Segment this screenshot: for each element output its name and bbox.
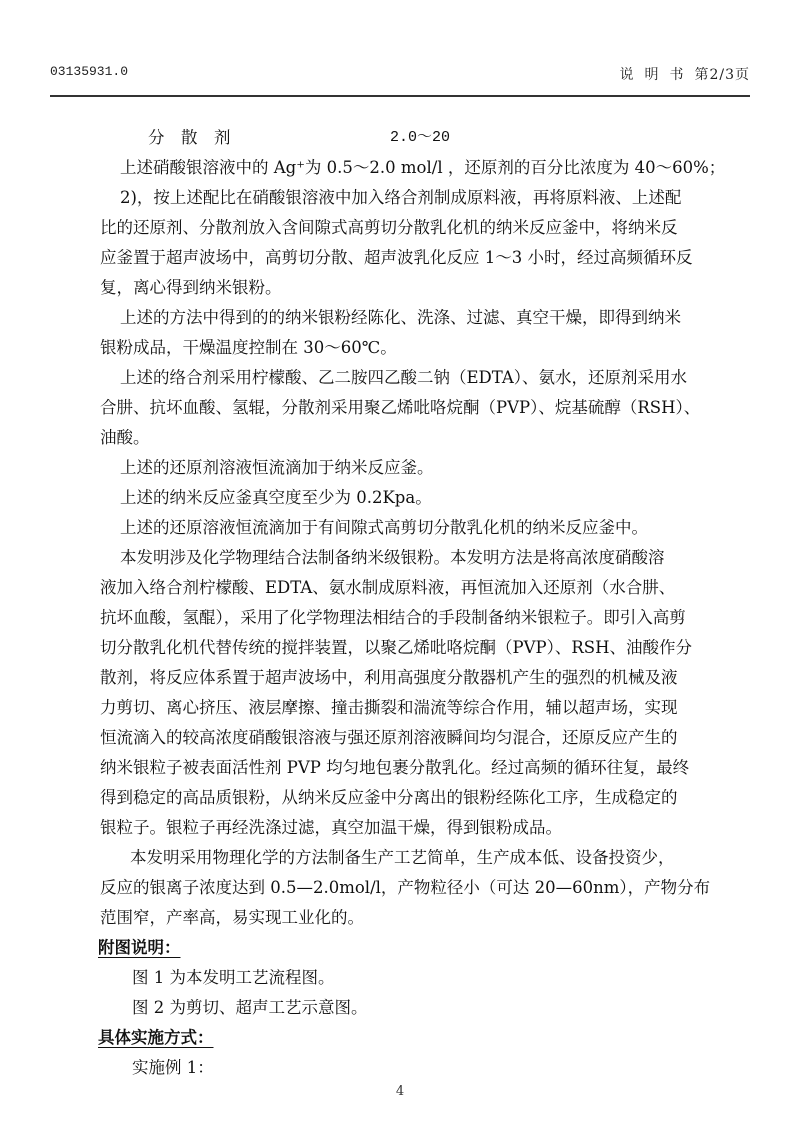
body-line: 抗坏血酸，氢醌），采用了化学物理法相结合的手段制备纳米银粒子。即引入高剪 xyxy=(100,608,686,628)
body-line: 比的还原剂、分散剂放入含间隙式高剪切分散乳化机的纳米反应釜中，将纳米反 xyxy=(100,218,678,238)
body-line: 恒流滴入的较高浓度硝酸银溶液与强还原剂溶液瞬间均匀混合，还原反应产生的 xyxy=(100,728,678,748)
page-header-label: 说明书第2/3页 xyxy=(619,64,750,84)
body-line: 范围窄，产率高，易实现工业化的。 xyxy=(100,908,364,928)
body-line: 反应的银离子浓度达到 0.5—2.0mol/l，产物粒径小（可达 20—60nm… xyxy=(100,878,710,898)
body-line: 上述的纳米反应釜真空度至少为 0.2Kpa。 xyxy=(120,488,432,508)
body-line: 本发明采用物理化学的方法制备生产工艺简单，生产成本低、设备投资少， xyxy=(130,848,675,868)
formula-value: 2.0～20 xyxy=(390,128,450,148)
body-line: 液加入络合剂柠檬酸、EDTA、氨水制成原料液，再恒流加入还原剂（水合肼、 xyxy=(100,578,675,598)
body-line: 2)，按上述配比在硝酸银溶液中加入络合剂制成原料液，再将原料液、上述配 xyxy=(120,188,681,208)
body-line: 合肼、抗坏血酸、氢辊，分散剂采用聚乙烯吡咯烷酮（PVP）、烷基硫醇（RSH）、 xyxy=(100,398,700,418)
figure-caption-1: 图 1 为本发明工艺流程图。 xyxy=(132,968,335,988)
body-line: 力剪切、离心挤压、液层摩擦、撞击撕裂和湍流等综合作用，辅以超声场，实现 xyxy=(100,698,678,718)
page-number: 4 xyxy=(0,1084,800,1099)
body-line: 银粒子。银粒子再经洗涤过滤，真空加温干燥，得到银粉成品。 xyxy=(100,818,562,838)
figure-caption-2: 图 2 为剪切、超声工艺示意图。 xyxy=(132,998,368,1018)
figures-heading: 附图说明： xyxy=(98,938,181,958)
section-char-2: 明 xyxy=(644,67,659,83)
body-line: 复，离心得到纳米银粉。 xyxy=(100,278,282,298)
body-line: 上述的络合剂采用柠檬酸、乙二胺四乙酸二钠（EDTA）、氨水，还原剂采用水 xyxy=(120,368,687,388)
body-line: 上述硝酸银溶液中的 Ag⁺为 0.5～2.0 mol/l ，还原剂的百分比浓度为… xyxy=(120,158,725,178)
section-char-1: 说 xyxy=(619,67,634,83)
body-line: 上述的还原溶液恒流滴加于有间隙式高剪切分散乳化机的纳米反应釜中。 xyxy=(120,518,648,538)
body-line: 上述的还原剂溶液恒流滴加于纳米反应釜。 xyxy=(120,458,434,478)
page-count: 第2/3页 xyxy=(694,67,750,83)
body-line: 本发明涉及化学物理结合法制备纳米级银粉。本发明方法是将高浓度硝酸溶 xyxy=(120,548,665,568)
body-line: 应釜置于超声波场中，高剪切分散、超声波乳化反应 1～3 小时，经过高频循环反 xyxy=(100,248,693,268)
header-rule xyxy=(50,95,750,97)
body-line: 上述的方法中得到的的纳米银粉经陈化、洗涤、过滤、真空干燥，即得到纳米 xyxy=(120,308,681,328)
embodiment-heading: 具体实施方式： xyxy=(98,1028,214,1048)
body-line: 得到稳定的高品质银粉，从纳米反应釜中分离出的银粉经陈化工序，生成稳定的 xyxy=(100,788,678,808)
body-line: 油酸。 xyxy=(100,428,150,448)
formula-ingredient: 分 散 剂 xyxy=(148,128,231,148)
body-line: 纳米银粒子被表面活性剂 PVP 均匀地包裹分散乳化。经过高频的循环往复，最终 xyxy=(100,758,689,778)
body-line: 散剂，将反应体系置于超声波场中，利用高强度分散器机产生的强烈的机械及液 xyxy=(100,668,678,688)
embodiment-example-1: 实施例 1： xyxy=(132,1058,214,1078)
body-line: 银粉成品，干燥温度控制在 30～60℃。 xyxy=(100,338,397,358)
document-number: 03135931.0 xyxy=(50,64,128,79)
body-line: 切分散乳化机代替传统的搅拌装置，以聚乙烯吡咯烷酮（PVP）、RSH、油酸作分 xyxy=(100,638,692,658)
section-char-3: 书 xyxy=(669,67,684,83)
